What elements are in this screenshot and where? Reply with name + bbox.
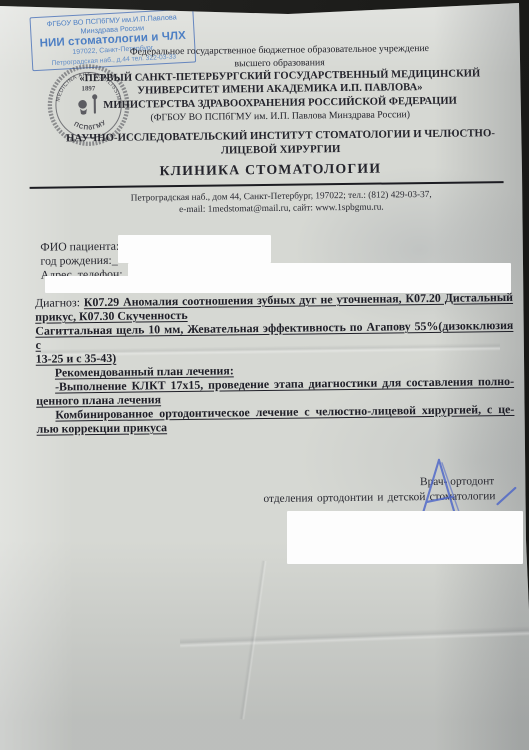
header-divider [30,181,504,189]
institute-title: НАУЧНО-ИССЛЕДОВАТЕЛЬСКИЙ ИНСТИТУТ СТОМАТ… [56,127,505,159]
clinic-title: КЛИНИКА СТОМАТОЛОГИИ [38,159,502,181]
photo-of-document: ФГБОУ ВО ПСПбГМУ им.И.П.Павлова Минздрав… [0,0,529,750]
redaction-box-doctor-name [287,511,523,564]
redaction-box-patient-name [118,235,271,263]
diagnosis-label: Диагноз: [35,295,80,310]
document-content: ФГБОУ ВО ПСПбГМУ им.И.П.Павлова Минздрав… [0,0,529,750]
clinic-address: Петроградская наб., дом 44, Санкт-Петерб… [57,189,506,217]
paper-sheet: ФГБОУ ВО ПСПбГМУ им.И.П.Павлова Минздрав… [0,0,529,750]
redaction-box-patient-contact [45,276,511,293]
diagnosis-section: Диагноз: К07.29 Аномалия соотношения зуб… [35,290,515,436]
organisation-header: Федеральное государственное бюджетное об… [55,41,505,126]
